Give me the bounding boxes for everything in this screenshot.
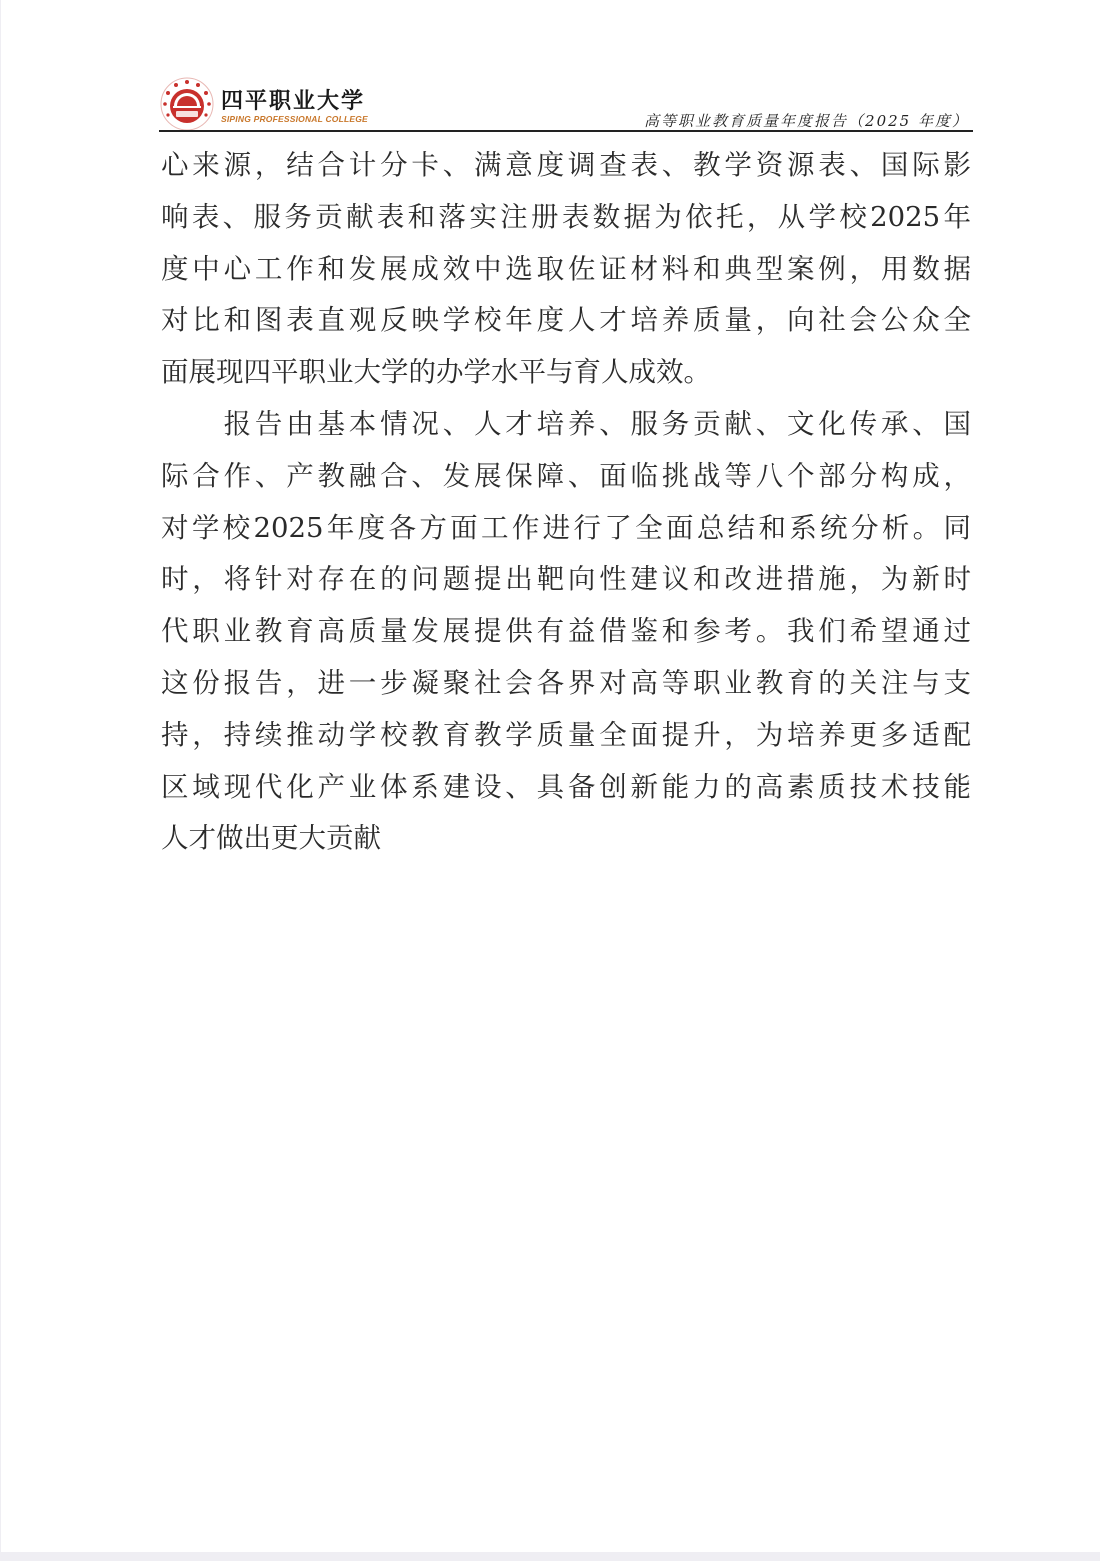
document-page: 四平职业大学 SIPING PROFESSIONAL COLLEGE 高等职业教… bbox=[1, 0, 1100, 1552]
text-line: 度中心工作和发展成效中选取佐证材料和典型案例，用数据 bbox=[161, 244, 971, 296]
school-name-cn: 四平职业大学 bbox=[221, 84, 365, 115]
document-body: 心来源，结合计分卡、满意度调查表、教学资源表、国际影 响表、服务贡献表和落实注册… bbox=[161, 140, 971, 865]
text-line: 对比和图表直观反映学校年度人才培养质量，向社会公众全 bbox=[161, 295, 971, 347]
text-line: 代职业教育高质量发展提供有益借鉴和参考。我们希望通过 bbox=[161, 606, 971, 658]
paragraph-1: 心来源，结合计分卡、满意度调查表、教学资源表、国际影 响表、服务贡献表和落实注册… bbox=[161, 140, 971, 399]
text-line: 区域现代化产业体系建设、具备创新能力的高素质技术技能 bbox=[161, 762, 971, 814]
header-divider bbox=[159, 130, 973, 132]
page-header: 四平职业大学 SIPING PROFESSIONAL COLLEGE 高等职业教… bbox=[159, 74, 973, 134]
school-name-en: SIPING PROFESSIONAL COLLEGE bbox=[221, 114, 368, 124]
text-line: 人才做出更大贡献 bbox=[161, 813, 971, 865]
paragraph-2: 报告由基本情况、人才培养、服务贡献、文化传承、国 际合作、产教融合、发展保障、面… bbox=[161, 399, 971, 865]
text-line: 面展现四平职业大学的办学水平与育人成效。 bbox=[161, 347, 971, 399]
text-line: 际合作、产教融合、发展保障、面临挑战等八个部分构成， bbox=[161, 451, 971, 503]
text-line: 对学校2025年度各方面工作进行了全面总结和系统分析。同 bbox=[161, 503, 971, 555]
text-line: 这份报告，进一步凝聚社会各界对高等职业教育的关注与支 bbox=[161, 658, 971, 710]
text-line: 响表、服务贡献表和落实注册表数据为依托，从学校2025年 bbox=[161, 192, 971, 244]
text-line: 报告由基本情况、人才培养、服务贡献、文化传承、国 bbox=[161, 399, 971, 451]
text-line: 时，将针对存在的问题提出靶向性建议和改进措施，为新时 bbox=[161, 554, 971, 606]
college-emblem-icon bbox=[159, 76, 215, 132]
report-title: 高等职业教育质量年度报告（2025 年度） bbox=[644, 110, 969, 131]
text-line: 持，持续推动学校教育教学质量全面提升，为培养更多适配 bbox=[161, 710, 971, 762]
text-line: 心来源，结合计分卡、满意度调查表、教学资源表、国际影 bbox=[161, 140, 971, 192]
